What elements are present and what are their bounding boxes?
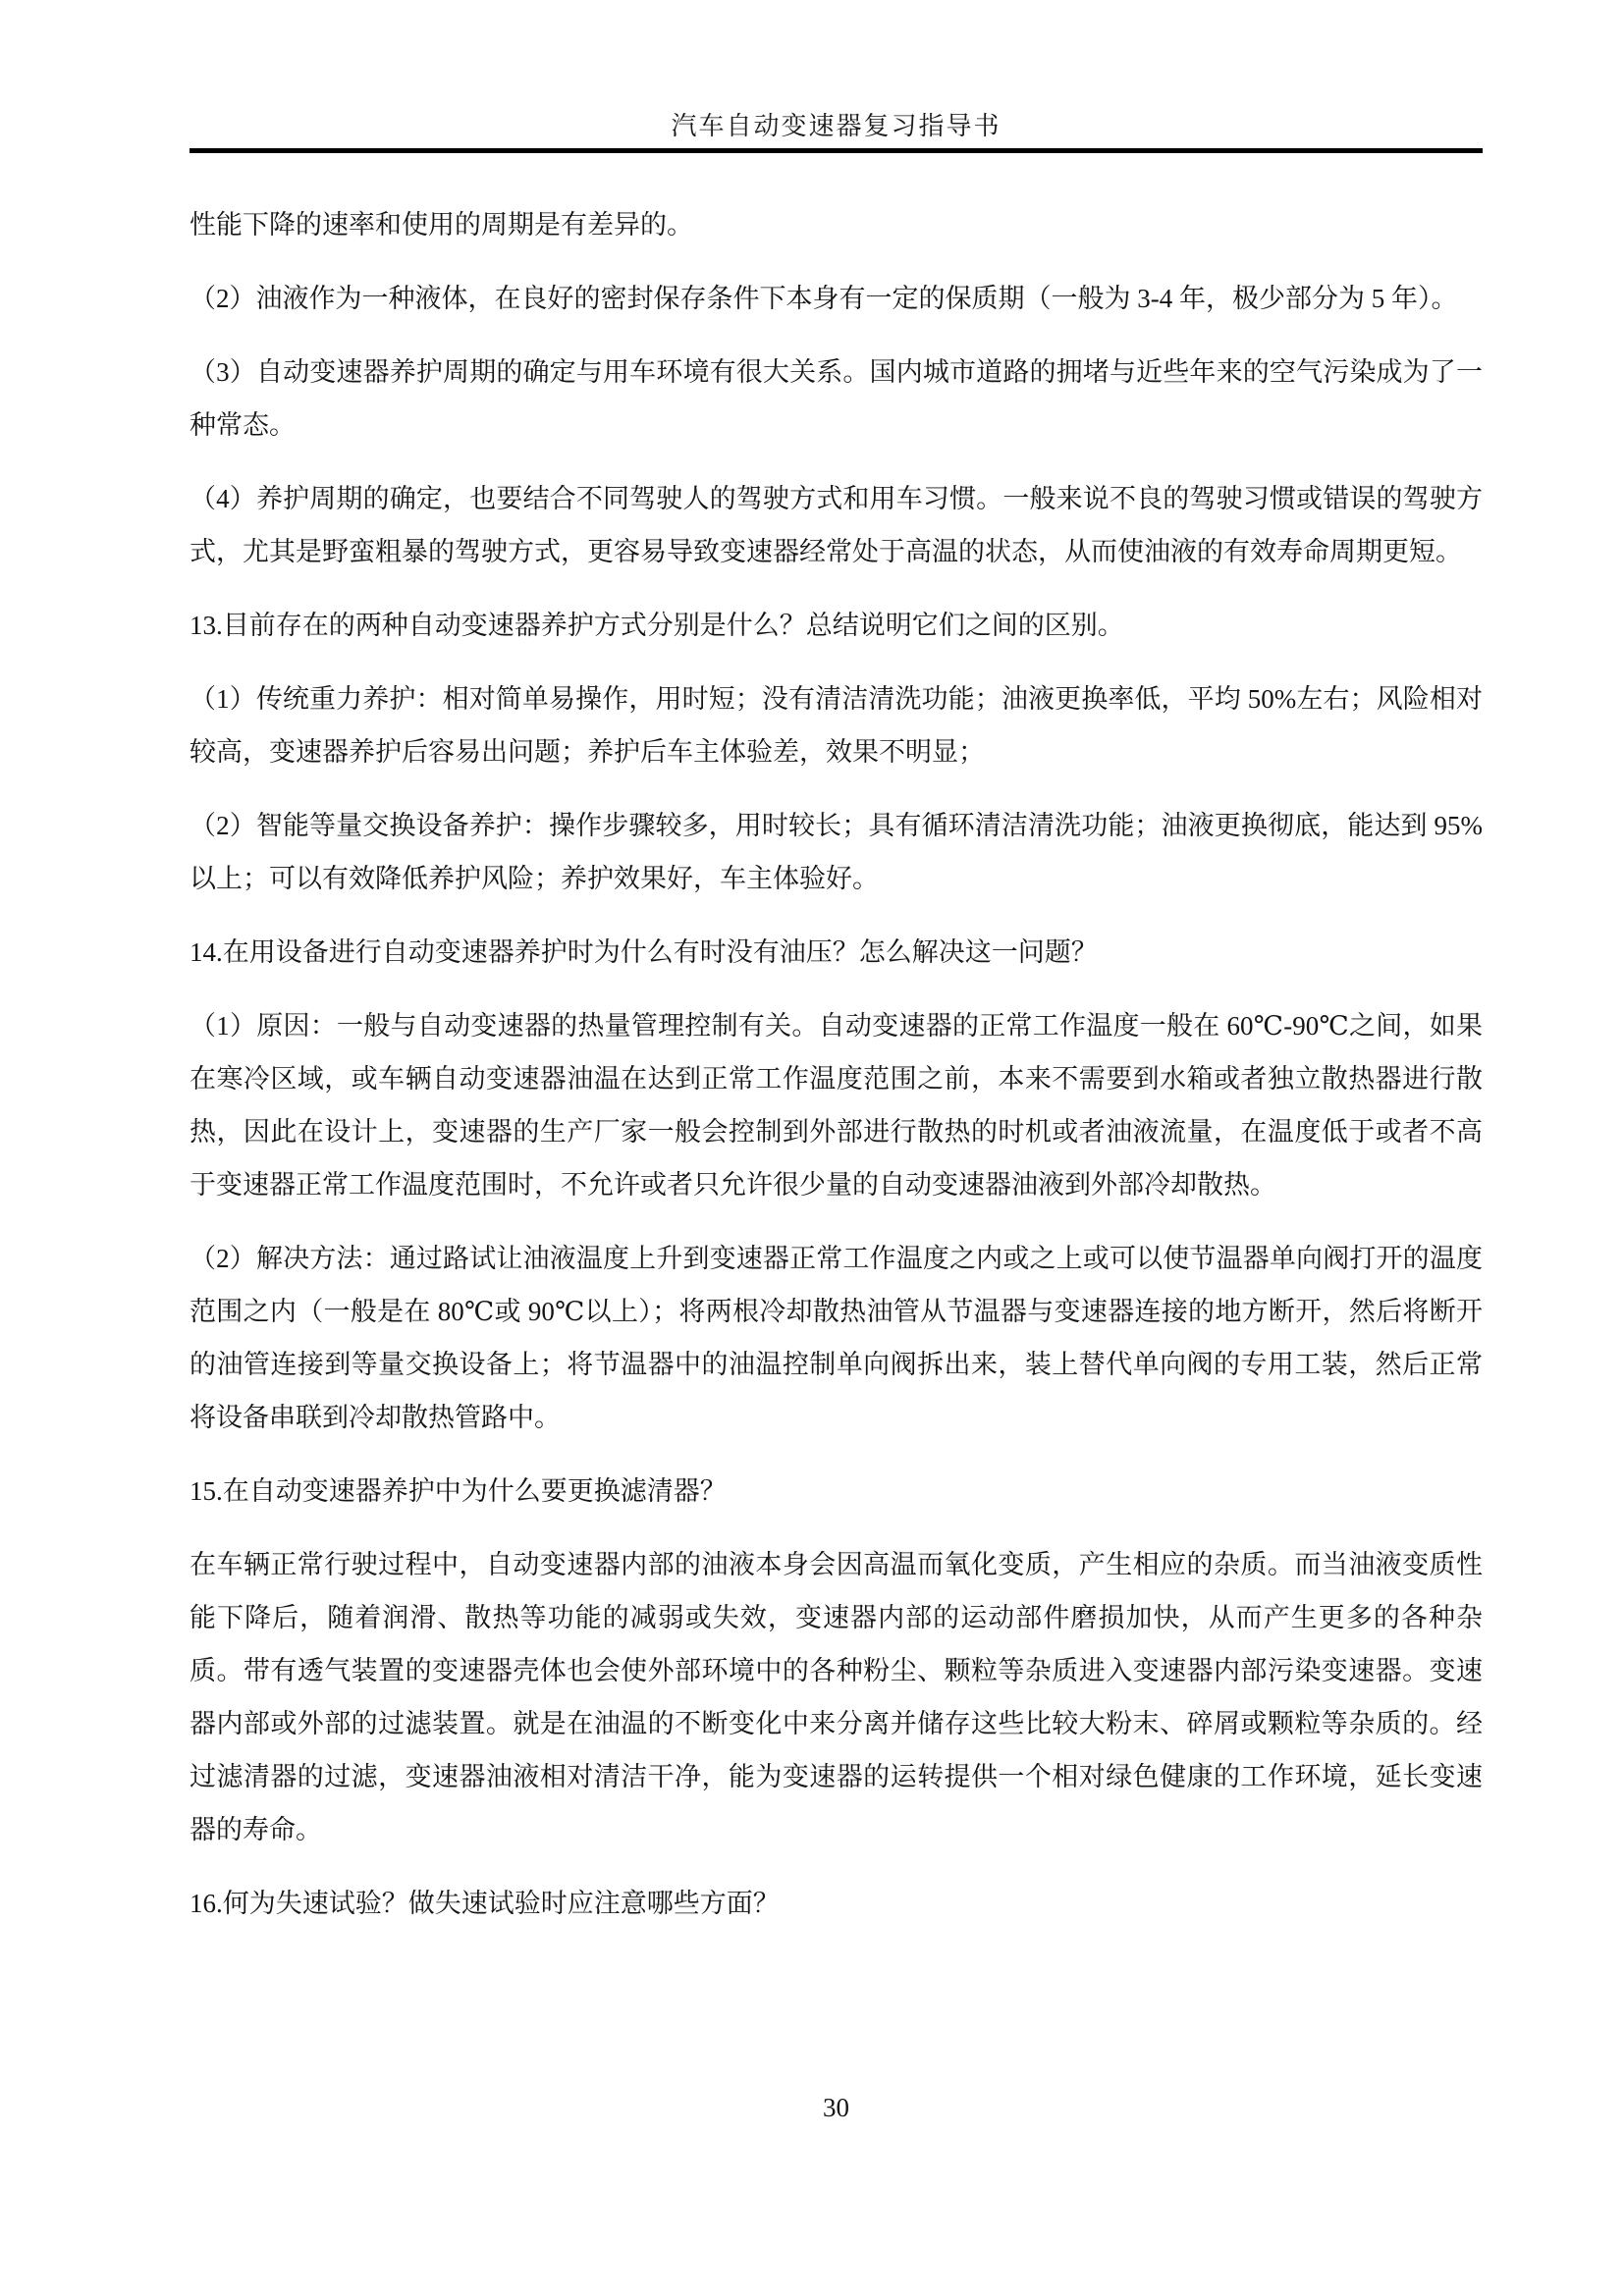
body-paragraph: （2）智能等量交换设备养护：操作步骤较多，用时较长；具有循环清洁清洗功能；油液更…	[189, 799, 1483, 905]
header-title: 汽车自动变速器复习指导书	[189, 110, 1483, 143]
document-page: 汽车自动变速器复习指导书 性能下降的速率和使用的周期是有差异的。 （2）油液作为…	[0, 0, 1624, 2296]
page-number: 30	[189, 2091, 1483, 2124]
body-paragraph: （3）自动变速器养护周期的确定与用车环境有很大关系。国内城市道路的拥堵与近些年来…	[189, 346, 1483, 452]
body-paragraph: （1）原因：一般与自动变速器的热量管理控制有关。自动变速器的正常工作温度一般在 …	[189, 999, 1483, 1211]
document-body: 性能下降的速率和使用的周期是有差异的。 （2）油液作为一种液体，在良好的密封保存…	[0, 153, 1624, 1930]
question-paragraph: 14.在用设备进行自动变速器养护时为什么有时没有油压？怎么解决这一问题？	[189, 926, 1483, 979]
page-header: 汽车自动变速器复习指导书	[0, 0, 1624, 153]
body-paragraph: 性能下降的速率和使用的周期是有差异的。	[189, 198, 1483, 251]
body-paragraph: （1）传统重力养护：相对简单易操作，用时短；没有清洁清洗功能；油液更换率低，平均…	[189, 672, 1483, 778]
body-paragraph: （4）养护周期的确定，也要结合不同驾驶人的驾驶方式和用车习惯。一般来说不良的驾驶…	[189, 472, 1483, 578]
body-paragraph: （2）解决方法：通过路试让油液温度上升到变速器正常工作温度之内或之上或可以使节温…	[189, 1232, 1483, 1444]
question-paragraph: 15.在自动变速器养护中为什么要更换滤清器？	[189, 1465, 1483, 1518]
body-paragraph: 在车辆正常行驶过程中，自动变速器内部的油液本身会因高温而氧化变质，产生相应的杂质…	[189, 1538, 1483, 1856]
body-paragraph: （2）油液作为一种液体，在良好的密封保存条件下本身有一定的保质期（一般为 3-4…	[189, 272, 1483, 325]
question-paragraph: 13.目前存在的两种自动变速器养护方式分别是什么？总结说明它们之间的区别。	[189, 599, 1483, 652]
question-paragraph: 16.何为失速试验？做失速试验时应注意哪些方面？	[189, 1877, 1483, 1930]
